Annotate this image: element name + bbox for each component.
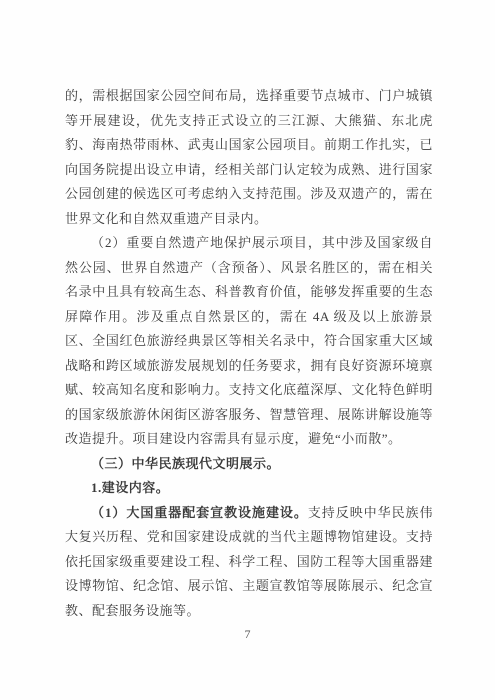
document-page: 的，需根据国家公园空间布局，选择重要节点城市、门户城镇等开展建设，优先支持正式设… <box>0 0 495 700</box>
paragraph-item-1: （1）大国重器配套宣教设施建设。支持反映中华民族伟大复兴历程、党和国家建设成就的… <box>65 501 433 624</box>
paragraph-item-1-body: 支持反映中华民族伟大复兴历程、党和国家建设成就的当代主题博物馆建设。支持依托国家… <box>65 505 433 618</box>
page-text-block: 的，需根据国家公园空间布局，选择重要节点城市、门户城镇等开展建设，优先支持正式设… <box>65 84 433 623</box>
section-heading-3: （三）中华民族现代文明展示。 <box>65 452 433 477</box>
subsection-heading-build-content: 1.建设内容。 <box>65 476 433 501</box>
page-number: 7 <box>0 626 495 642</box>
paragraph-continuation: 的，需根据国家公园空间布局，选择重要节点城市、门户城镇等开展建设，优先支持正式设… <box>65 84 433 231</box>
paragraph-item-2: （2）重要自然遗产地保护展示项目，其中涉及国家级自然公园、世界自然遗产（含预备）… <box>65 231 433 452</box>
paragraph-item-1-lead: （1）大国重器配套宣教设施建设。 <box>91 505 308 520</box>
